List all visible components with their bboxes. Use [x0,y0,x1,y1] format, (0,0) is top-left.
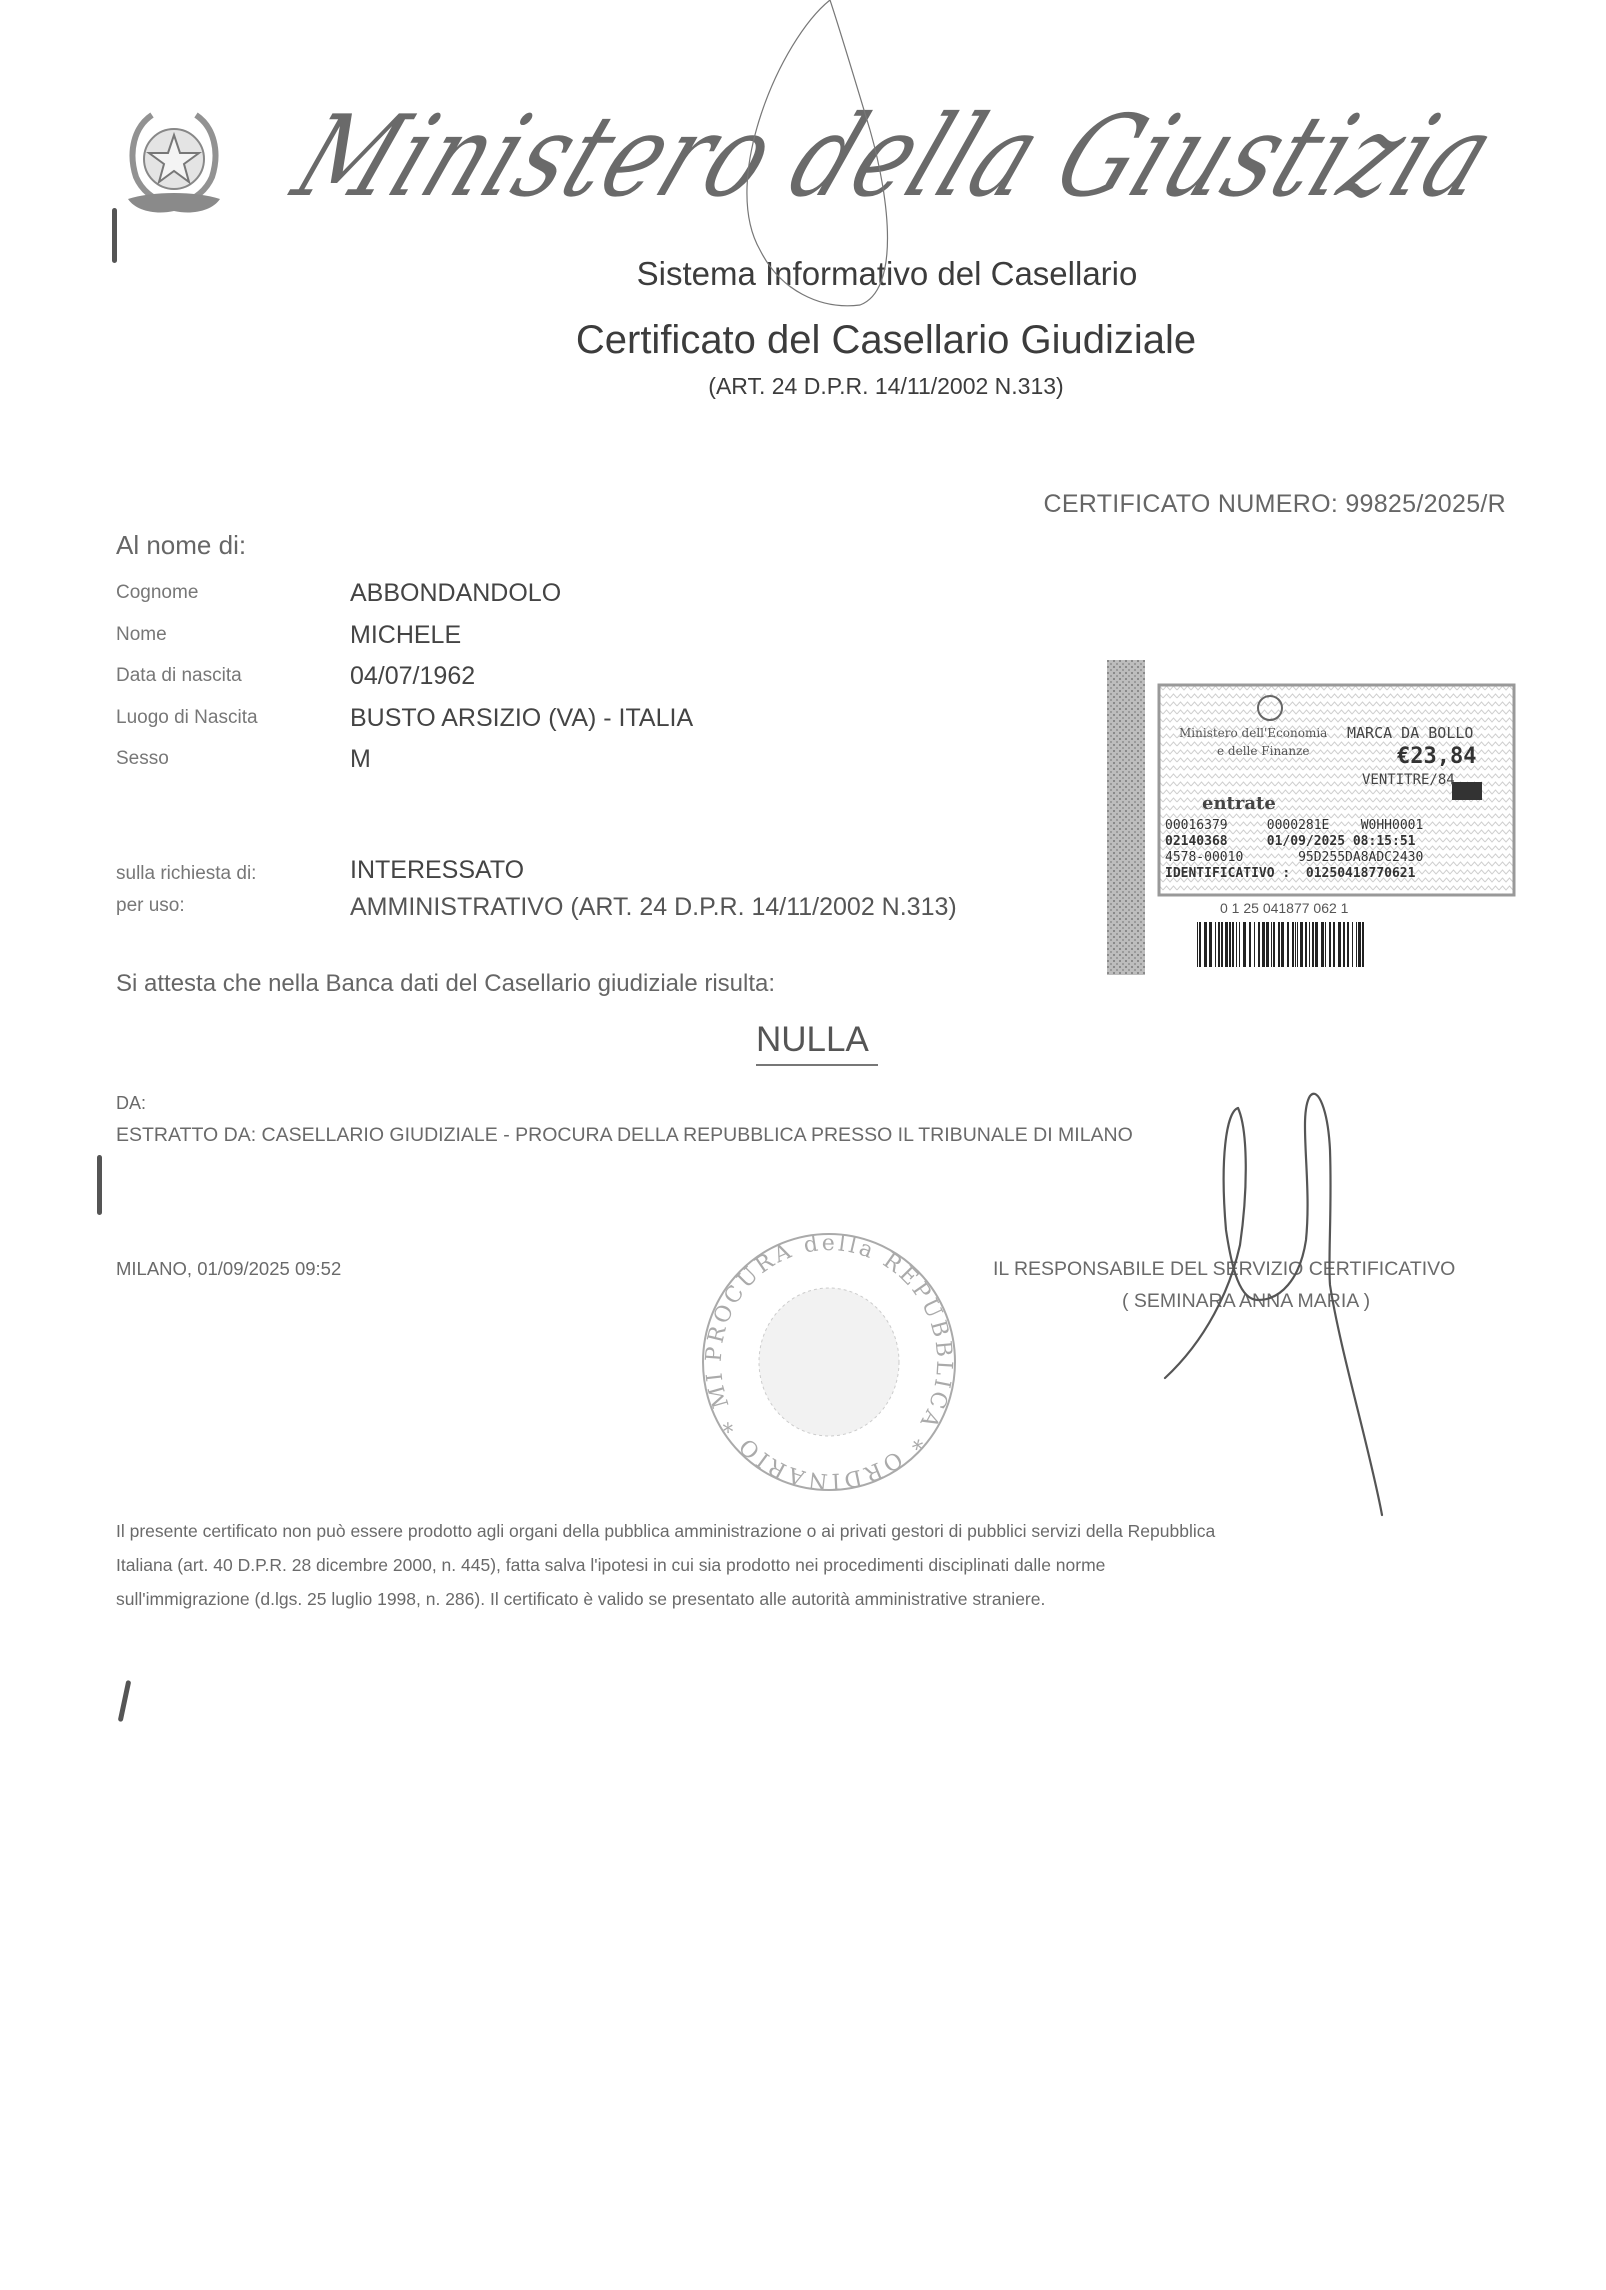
stamp-timestamp: 01/09/2025 08:15:51 [1267,834,1416,849]
stamp-amount-words: VENTITRE/84 [1362,772,1455,788]
stamp-code: 02140368 [1165,834,1228,849]
margin-mark [118,1680,132,1722]
stamp-identifier-label: IDENTIFICATIVO : [1165,866,1290,881]
stamp-barcode-text: 0 1 25 041877 062 1 [1220,900,1348,916]
use-value: AMMINISTRATIVO (ART. 24 D.P.R. 14/11/200… [350,893,957,922]
stamp-code-row1: 00016379 0000281E W0HH0001 [1165,818,1423,833]
stamp-code-row2: 02140368 01/09/2025 08:15:51 [1165,834,1415,849]
signatory-name: ( SEMINARA ANNA MARIA ) [1122,1290,1370,1313]
ministry-name: Ministero della Giustizia [277,92,1513,222]
legal-reference: (ART. 24 D.P.R. 14/11/2002 N.313) [0,373,1606,400]
certificate-number: CERTIFICATO NUMERO: 99825/2025/R [1043,490,1506,519]
margin-mark [97,1155,102,1215]
stamp-code: 95D255DA8ADC2430 [1298,850,1423,865]
stamp-code: 4578-00010 [1165,850,1243,865]
field-value-surname: ABBONDANDOLO [350,579,561,608]
stamp-identifier: 01250418770621 [1306,866,1416,881]
footer-line-3: sull'immigrazione (d.lgs. 25 luglio 1998… [116,1589,1045,1610]
official-seal-icon: PROCURA della REPUBBLICA * ORDINARIO * M… [700,1232,958,1492]
subject-heading: Al nome di: [116,530,246,561]
stamp-code: 00016379 [1165,818,1228,833]
source-label: DA: [116,1093,146,1114]
stamp-issuer-line2: e delle Finanze [1217,744,1310,758]
stamp-amount: €23,84 [1397,744,1476,769]
italian-republic-emblem-icon [122,107,226,223]
stamp-type: MARCA DA BOLLO [1347,724,1473,742]
field-value-birth-date: 04/07/1962 [350,662,475,691]
result-value: NULLA [756,1020,869,1060]
signatory-role: IL RESPONSABILE DEL SERVIZIO CERTIFICATI… [993,1258,1455,1281]
field-label-birth-date: Data di nascita [116,665,242,687]
field-label-name: Nome [116,624,167,646]
document-title: Certificato del Casellario Giudiziale [0,318,1606,363]
revenue-stamp: Ministero dell'Economia e delle Finanze … [1107,660,1517,975]
stamp-issuer-line1: Ministero dell'Economia [1179,726,1327,740]
source-extract: ESTRATTO DA: CASELLARIO GIUDIZIALE - PRO… [116,1124,1133,1147]
field-value-sex: M [350,745,371,774]
footer-line-1: Il presente certificato non può essere p… [116,1521,1215,1542]
use-label: per uso: [116,895,185,917]
barcode-icon [1197,922,1437,967]
result-underline [756,1064,878,1066]
field-label-birth-place: Luogo di Nascita [116,707,258,729]
stamp-code: W0HH0001 [1361,818,1424,833]
field-label-sex: Sesso [116,748,169,770]
system-name: Sistema Informativo del Casellario [0,255,1606,293]
stamp-identifier-row: IDENTIFICATIVO : 01250418770621 [1165,866,1415,881]
field-value-name: MICHELE [350,621,461,650]
stamp-code: 0000281E [1267,818,1330,833]
field-label-surname: Cognome [116,582,198,604]
field-value-birth-place: BUSTO ARSIZIO (VA) - ITALIA [350,704,693,733]
footer-line-2: Italiana (art. 40 D.P.R. 28 dicembre 200… [116,1555,1105,1576]
attestation-statement: Si attesta che nella Banca dati del Case… [116,970,775,998]
place-date: MILANO, 01/09/2025 09:52 [116,1258,341,1280]
stamp-brand: entrate [1202,793,1276,814]
requested-by-value: INTERESSATO [350,856,524,885]
stamp-code-row3: 4578-00010 95D255DA8ADC2430 [1165,850,1423,865]
requested-by-label: sulla richiesta di: [116,863,256,885]
